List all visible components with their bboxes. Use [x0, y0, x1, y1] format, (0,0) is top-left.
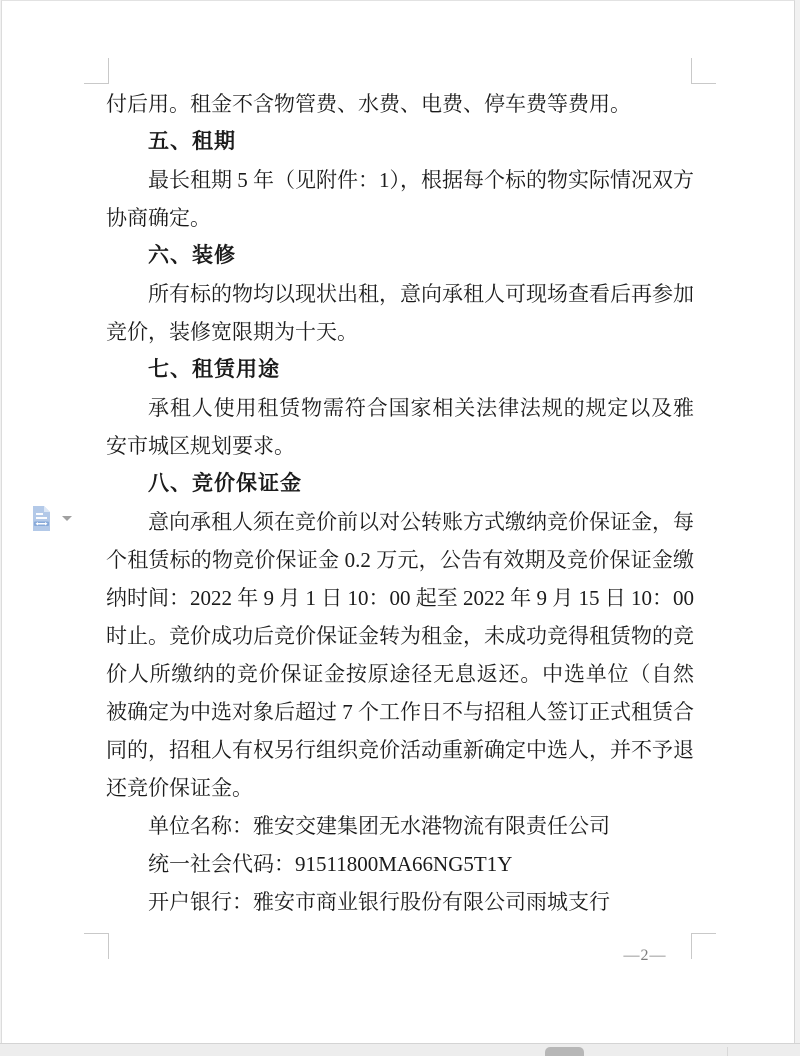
document-line: 单位名称：雅安交建集团无水港物流有限责任公司 [106, 807, 694, 845]
document-line: 纳时间：2022 年 9 月 1 日 10：00 起至 2022 年 9 月 1… [106, 579, 694, 617]
document-line: 被确定为中选对象后超过 7 个工作日不与招租人签订正式租赁合 [106, 693, 694, 731]
document-adjust-icon[interactable] [31, 505, 52, 532]
document-content: 付后用。租金不含物管费、水费、电费、停车费等费用。五、租期最长租期 5 年（见附… [106, 85, 694, 921]
section-heading: 五、租期 [106, 123, 694, 161]
document-line: 价人所缴纳的竞价保证金按原途径无息返还。中选单位（自然人） [106, 655, 694, 693]
page-number: —2— [618, 947, 672, 965]
chevron-down-icon[interactable] [62, 516, 72, 521]
document-line: 付后用。租金不含物管费、水费、电费、停车费等费用。 [106, 85, 694, 123]
horizontal-scrollbar[interactable] [0, 1043, 800, 1056]
document-line: 统一社会代码：91511800MA66NG5T1Y [106, 845, 694, 883]
document-line: 意向承租人须在竞价前以对公转账方式缴纳竞价保证金，每 [106, 503, 694, 541]
margin-widget[interactable] [31, 505, 72, 532]
margin-mark-top-left [84, 58, 109, 84]
section-heading: 七、租赁用途 [106, 351, 694, 389]
scrollbar-thumb[interactable] [545, 1047, 584, 1056]
document-line: 还竞价保证金。 [106, 769, 694, 807]
document-line: 同的，招租人有权另行组织竞价活动重新确定中选人，并不予退 [106, 731, 694, 769]
document-line: 个租赁标的物竞价保证金 0.2 万元，公告有效期及竞价保证金缴 [106, 541, 694, 579]
section-heading: 八、竞价保证金 [106, 465, 694, 503]
document-page: 付后用。租金不含物管费、水费、电费、停车费等费用。五、租期最长租期 5 年（见附… [1, 0, 795, 1043]
section-heading: 六、装修 [106, 237, 694, 275]
document-line: 最长租期 5 年（见附件：1），根据每个标的物实际情况双方 [106, 161, 694, 199]
scrollbar-divider [727, 1047, 728, 1056]
margin-mark-top-right [691, 58, 716, 84]
document-line: 协商确定。 [106, 199, 694, 237]
document-line: 所有标的物均以现状出租，意向承租人可现场查看后再参加 [106, 275, 694, 313]
document-line: 承租人使用租赁物需符合国家相关法律法规的规定以及雅 [106, 389, 694, 427]
document-line: 开户银行：雅安市商业银行股份有限公司雨城支行 [106, 883, 694, 921]
document-line: 安市城区规划要求。 [106, 427, 694, 465]
document-line: 时止。竞价成功后竞价保证金转为租金，未成功竞得租赁物的竞 [106, 617, 694, 655]
document-line: 竞价，装修宽限期为十天。 [106, 313, 694, 351]
margin-mark-bottom-right [691, 933, 716, 959]
margin-mark-bottom-left [84, 933, 109, 959]
